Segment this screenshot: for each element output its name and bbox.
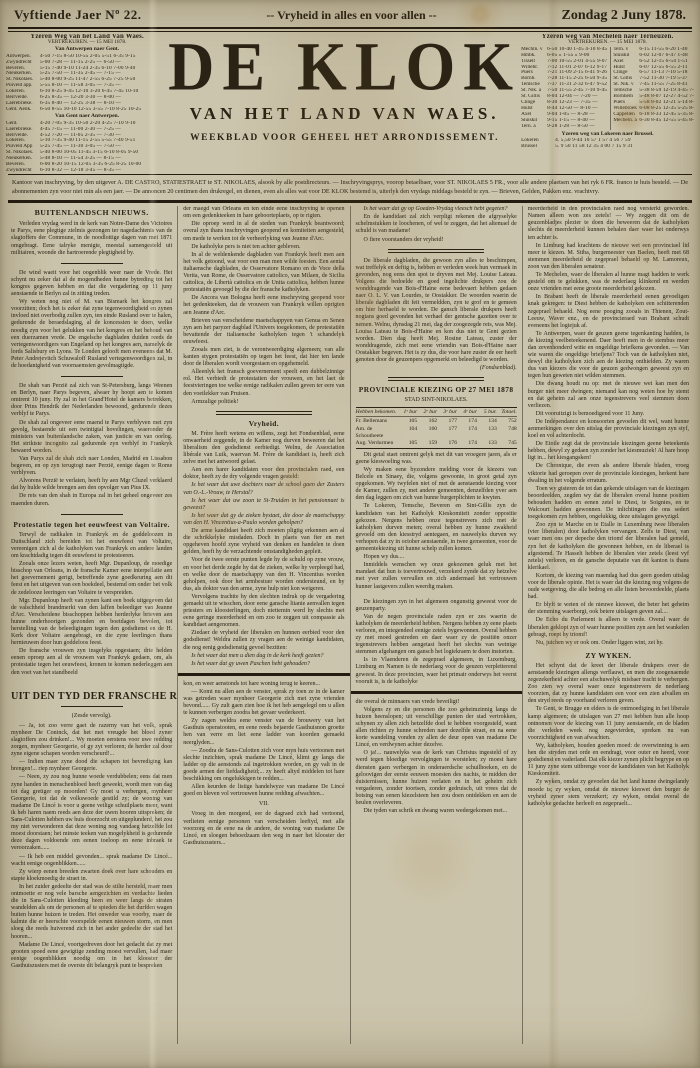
paragraph: Is het waer dat uwe dochters naer de sch… [183,482,344,496]
masthead-tagline: WEEKBLAD VOOR GEHEEL HET ARRONDISSEMENT. [168,133,521,143]
table-cell: Am. de Schoutheete [356,426,398,440]
table-cell: 174 [457,418,477,425]
paragraph: Alvorens Perzië te verlaten, heeft hy ae… [11,478,172,492]
schedule-rows-lokeren-brussel: Lokeren4. 5,50 9-44 10 57 1 57 4 56 7 59… [521,138,694,150]
paragraph: In al de weldenkende dagbladen van Frank… [183,252,344,295]
table-cell: 105 [397,418,417,425]
paragraph: En de kandidaet zal zich verpligt rekene… [356,214,517,235]
table-cell: 162 [417,418,437,425]
paragraph: Inmiddels wenschen wy onze gekozenen gel… [356,562,517,590]
section-heading: ZY WYKEN. [528,652,689,659]
paragraph: Die oproep werd in al de steden van Fran… [183,221,344,242]
paragraph: Die tyden van schrik en dwang waren wede… [356,808,517,815]
paragraph: Die dwang houdt nu op: met de nieuwe wet… [528,381,689,409]
table-row: Am. de Schoutheete104160177174133748 [356,426,517,440]
paragraph: Kortom, de kiezing van maendag had dus g… [528,573,689,601]
news-column-2: der maegd van Orleans en ten einde eene … [177,206,349,1044]
table-cell: 745 [497,440,517,447]
divider [388,249,484,253]
centered-line: VII. [183,801,344,808]
paragraph: Van de negen provinciale raden zyn er ze… [356,614,517,657]
masthead-subtitle: VAN HET LAND VAN WAES. [168,104,521,124]
column-header: 4ᵉ bur [457,409,477,416]
table-cell: 105 [397,440,417,447]
table-cell: 133 [477,426,497,440]
table-cell: 159 [417,440,437,447]
paragraph: Aen een harer kandidaten voor den provin… [183,467,344,481]
schedule-rows-antwerpen-gent: Antwerpen.4-50 7-15 8-50 10-55 2-05 5-51… [6,54,168,113]
table-cell: 752 [497,418,517,425]
departure-times: 9-28 1-28 — 8-50 — [547,124,607,130]
paragraph: — Komt nu allen aen de venster, sprak zy… [183,689,344,717]
schedule-row: Mecheln. a6-30 8-45 12-55 5-45 8-34 [613,118,694,124]
table-cell: 104 [397,426,417,440]
edition-number: Vyftiende Jaer Nº 22. [14,7,141,23]
paragraph: — Neen, zy zou nog hunne woede verdubbel… [11,774,172,852]
divider [61,376,123,377]
column-header: 2ᵉ bur [417,409,437,416]
top-bar: Vyftiende Jaer Nº 22. -- Vryheid in alle… [0,0,700,26]
masthead: DE KLOK VAN HET LAND VAN WAES. WEEKBLAD … [168,34,521,172]
motto: -- Vryheid in alles en voor allen -- [266,8,436,23]
paragraph: Zy wierp eenen breeden zwarten doek over… [11,869,172,883]
paragraph: De Ancora van Bologna heeft eene inschry… [183,295,344,316]
paragraph: Dit getal staet omtrent gelyk met dit va… [356,452,517,466]
table-cell: 176 [437,440,457,447]
election-results-table: Hebben bekomen.1ᵉ bur2ᵉ bur3ᵉ bur4ᵉ bur5… [356,407,517,448]
paragraph: Zy wyken, omdat zy gevoelen dat het land… [528,779,689,807]
article-body: BUITENLANDSCH NIEUWS.Verleden vrydag wer… [6,206,694,1044]
column-header: Totael. [497,409,517,416]
station-name: Gent. Aenk. [6,107,40,113]
subscription-note: Kantoor van inschryving, by den uitgever… [8,178,692,197]
schedule-mechelen-terneuzen: Yzeren weg van Mechelen naer Terneuzen. … [521,34,694,172]
table-cell: 174 [457,440,477,447]
section-heading: BUITENLANDSCH NIEUWS. [11,209,172,216]
paragraph: Is het waer dat gy uwen Paschen hebt geh… [183,661,344,668]
paragraph: Er blyft te weten of de nieuwe kieswet, … [528,602,689,616]
table-header-row: Hebben bekomen.1ᵉ bur2ᵉ bur3ᵉ bur4ᵉ bur5… [356,409,517,417]
table-row: Fr. Bellemans105162177174134752 [356,418,517,425]
table-cell: 748 [497,426,517,440]
subscription-block: Kantoor van inschryving, by den uitgever… [8,174,692,203]
paragraph: der maegd van Orleans en ten einde eene … [183,206,344,220]
table-cell: 160 [417,426,437,440]
paragraph: De kiezingen zyn in het algemeen ongunst… [356,599,517,613]
paragraph: Vervolgens trachtte hy den slechten indr… [183,594,344,629]
table-cell: 177 [437,426,457,440]
header-band: Yzeren Weg van het Land Van Waes. VERTRE… [0,32,700,172]
paragraph: De Indépendance en konsoorten gevoelen d… [528,419,689,440]
paragraph: Te Gent, te Brugge en elders is de ontmo… [528,706,689,741]
divider [61,706,123,707]
paragraph: De shah van Perzië zal zich van St-Peter… [11,383,172,418]
departure-times: 6-30 8-45 12-55 5-45 8-34 [639,118,694,124]
source-credit: (Fondsenblad). [356,365,517,372]
paragraph: — Ja, tot zoo verre gaet de razerny van … [11,723,172,758]
divider [61,263,123,264]
paragraph: Zoo zyn te Marche en te Etalle in Luxemb… [528,522,689,572]
paragraph: Te Antwerpen, waer de geuzen geene tegen… [528,331,689,381]
paragraph: Volgens zy en die personen die zoo gehei… [356,707,517,750]
column-header: Hebben bekomen. [356,409,398,416]
paragraph: Madame De Lincé, voortgedreven door het … [11,942,172,970]
divider [388,377,484,381]
station-name: Mecheln. a [613,118,639,124]
schedule-subtitle: VERTREKUREN. — 15 MEI 1878. [6,40,168,46]
divider [8,200,692,203]
divider [61,514,123,515]
schedule-waes: Yzeren Weg van het Land Van Waes. VERTRE… [6,34,168,172]
paragraph: M. Frère heeft wetens en willens, zegt h… [183,431,344,466]
divider [216,411,312,415]
paragraph: Zy zagen weldra eene venster van de brou… [183,718,344,746]
divider [8,174,692,175]
table-cell: 134 [477,418,497,425]
news-column-4: meerderheid in den provincialen raed nog… [522,206,694,1044]
paragraph: De Echo du Parlement is alleen te vrede.… [528,617,689,638]
paragraph: De wind waeit voor het oogenblik weer na… [11,270,172,298]
paragraph: Mgr. Dupanloup heeft van zynen kant een … [11,598,172,648]
schedule-subtitle: VERTREKUREN. — 15 MEI 1878. [521,40,694,46]
paragraph: Wy, katholyken, houden goeden moed: de o… [528,743,689,778]
paragraph: die overal de minnaers van vrede beveili… [356,699,517,706]
paragraph: Wy maken eene byzondere melding voor de … [356,467,517,502]
paragraph: Brieven van verscheidene maetschappyen v… [183,318,344,346]
paragraph: Te Lokeren, Temsche, Beveren en Sint-Gil… [356,503,517,553]
paragraph: Van Parys zal de shah zich naer Londen, … [11,456,172,477]
paragraph: Vroeg in den morgend, eer de dagraed zic… [183,811,344,846]
paragraph: In Brabant heeft de liberale meerderheid… [528,294,689,329]
departure-times: 5. 9 50 11 58 12 35 4 00 7 15 9 31 [555,144,694,150]
paragraph: De katholyke pers is niet ten achter geb… [183,244,344,251]
paragraph: — Zoodra de Sans-Culotten zich voor myn … [183,748,344,783]
column-header: 3ᵉ bur [437,409,457,416]
paragraph: Zooals men ziet, is de verontweerdiging … [183,347,344,368]
paragraph: Is het waer dat gy de zieken bystaet, di… [183,513,344,527]
paragraph: Voor de twee eerste punten legde hy de s… [183,557,344,592]
table-cell: 133 [477,440,497,447]
paragraph: O ja!... nauwelyks was de kerk van Chris… [356,750,517,807]
paragraph: In Limburg had krachtens de nieuwe wet e… [528,243,689,271]
schedule-row: Tern. a9-28 1-28 — 8-50 — [521,124,607,130]
schedule-section-title: Van Antwerpen naer Gent. [6,47,168,53]
paragraph: Dit vooruitzigt is bemoedigend voor 11 J… [528,411,689,418]
centered-line: (Zesde vervolg). [11,713,172,720]
section-heading: Vryheid. [183,420,344,427]
feuilleton-separator [178,673,349,676]
paragraph: Allen keurden de listige handelwyze van … [183,784,344,798]
table-cell: 174 [457,426,477,440]
paragraph: Nu, juichen wy er ook om. Onder liggen w… [528,640,689,647]
schedule-row: Zwyndrecht6-10 8-32 — 12-18 3-45 — 8-35 … [6,168,168,172]
paragraph: De fransche vrouwen zyn insgelyks opgest… [11,648,172,676]
paragraph: O fiere voorstanders der vryheid! [356,237,517,244]
spacer [356,592,517,599]
paragraph: Is het waer dat uw zoon te St-Truiden in… [183,498,344,512]
newspaper-page: Vyftiende Jaer Nº 22. -- Vryheid in alle… [0,0,700,1068]
table-cell: Aug. Verdurmen [356,440,398,447]
news-column-3: Is het waer dat gy op Goeden-Vrydag vlee… [350,206,522,1044]
paragraph: De Etoile zegt dat de provinciale kiezin… [528,441,689,462]
paragraph: Te Mechelen, waer de liberalen al hunne … [528,272,689,293]
paragraph: Terwyl de radikalen in Frankryk en de go… [11,532,172,560]
paragraph: Is het waer dat men u dien dag in de ker… [183,653,344,660]
centered-line: STAD SINT-NIKOLAES. [356,397,517,404]
section-heading: UIT DEN TYD DER FRANSCHE REPUBLIEK. [11,693,172,700]
schedule-section-title: Van Gent naer Antwerpen. [6,114,168,120]
news-column-1: BUITENLANDSCH NIEUWS.Verleden vrydag wer… [6,206,177,1044]
station-name: Tern. a [521,124,547,130]
column-header: 1ᵉ bur [397,409,417,416]
station-name: Zwyndrecht [6,168,40,172]
paragraph: Is in Vlaenderen de zegeprael algemeen, … [356,657,517,685]
paragraph: Alleenlyk het fransch goevernement speel… [183,369,344,397]
paragraph: De reis van den shah in Europa zal in he… [11,493,172,507]
departure-times: 6-50 8-55 10-10 12-55 3-55 7-10 8-25 10-… [40,107,168,113]
paragraph: — Indien maer zyne dood die schapen tot … [11,759,172,773]
schedule-rows-terugreis: Tern. v6-15 11-55 6-20 1-40Sluiskil6-02 … [610,47,694,130]
masthead-title: DE KLOK [168,34,521,101]
station-name: Brussel [521,144,555,150]
schedule-rows-heenreis: Mechln. v6-50 10-40 1-45 4-10 8-45Hmbk.6… [521,47,607,130]
table-cell: Fr. Bellemans [356,418,398,425]
table-row: Aug. Verdurmen105159176174133745 [356,440,517,447]
paragraph: Toen wy gisteren de tot dan gekende uits… [528,486,689,521]
schedule-row: Brussel5. 9 50 11 58 12 35 4 00 7 15 9 3… [521,144,694,150]
paragraph: De shah zal ongeveer eene maend te Parys… [11,420,172,455]
paragraph: Hopen wy dus.... [356,554,517,561]
paragraph: Het schynt dat de kreet der liberale dru… [528,663,689,706]
paragraph: meerderheid in den provincialen raed nog… [528,206,689,241]
paragraph: De Chronique, die even als andere libera… [528,463,689,484]
paragraph: Armzalige politiek! [183,399,344,406]
paragraph: De liberale dagbladen, die gewoon zyn al… [356,258,517,364]
table-cell: 177 [437,418,457,425]
issue-date: Zondag 2 Juny 1878. [562,8,686,24]
schedule-row: Gent. Aenk.6-50 8-55 10-10 12-55 3-55 7-… [6,107,168,113]
feuilleton-separator [351,691,522,694]
paragraph: Verleden vrydag werd in de kerk van Notr… [11,221,172,256]
schedule-section-title: Yzeren weg van Lokeren naer Brussel. [521,132,694,138]
section-heading: PROVINCIALE KIEZING OP 27 MEI 1878 [356,386,517,393]
paragraph: Zooals onze lezers weten, heeft Mgr. Dup… [11,561,172,596]
column-header: 5 bur. [477,409,497,416]
paragraph: Wy weten nog niet of M. van Bismark het … [11,299,172,370]
departure-times: 6-10 8-32 — 12-18 3-45 — 8-35 — [40,168,168,172]
paragraph: Ziedaer de vryheid der liberalen en hunn… [183,630,344,651]
paragraph: Is het waer dat gy op Goeden-Vrydag vlee… [356,206,517,213]
schedule-rows-gent-antwerpen: Gent.4-20 7-05 9-35 10-50 2-20 4-25 7-10… [6,121,168,172]
section-heading: Protestatie tegen het eeuwfeest van Volt… [11,521,172,528]
paragraph: De arme kandidaet heeft zich moeten plig… [183,528,344,556]
paragraph: In het zuider gedeelte der stad was de s… [11,884,172,941]
paragraph: — Ik heb een middel gevonden... sprak ma… [11,854,172,868]
paragraph: kon, en weer aenstonds tot hare woning t… [183,681,344,688]
